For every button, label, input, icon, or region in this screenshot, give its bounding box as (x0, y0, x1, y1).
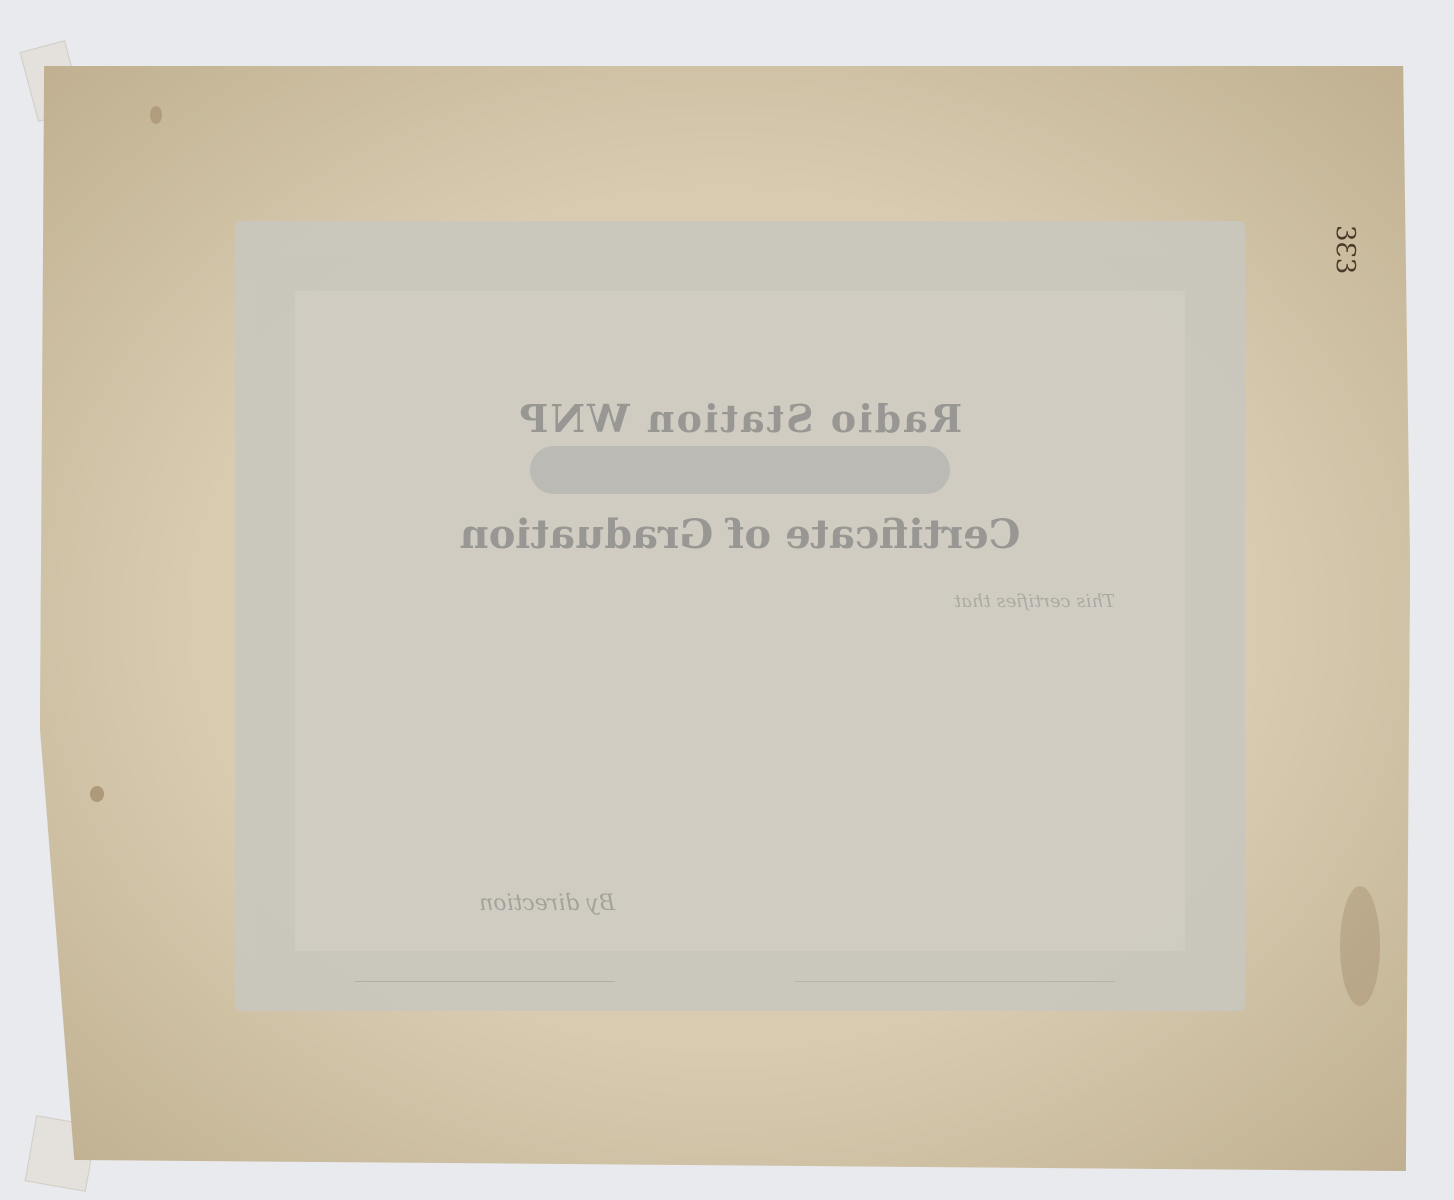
certificate-paper: Radio Station WNP Certificate of Graduat… (40, 66, 1410, 1171)
mirrored-signature-block-right (795, 891, 1115, 982)
show-through-border: Radio Station WNP Certificate of Graduat… (235, 221, 1245, 1011)
stain (90, 786, 104, 802)
mirrored-signature-block: By direction (355, 891, 615, 982)
mirrored-certificate-heading: Certificate of Graduation (235, 511, 1245, 558)
stain (150, 106, 162, 124)
mirrored-title-line1: Radio Station WNP (235, 396, 1245, 441)
mirrored-ribbon-band (530, 446, 950, 494)
signature-label: By direction (479, 891, 615, 916)
pencil-notation: 3Ɛ3 (1330, 225, 1360, 274)
body-opening-line: This certifies that (365, 586, 1115, 618)
show-through-panel (295, 291, 1185, 951)
stain (1340, 886, 1380, 1006)
mirrored-body-text: This certifies that (365, 586, 1115, 618)
